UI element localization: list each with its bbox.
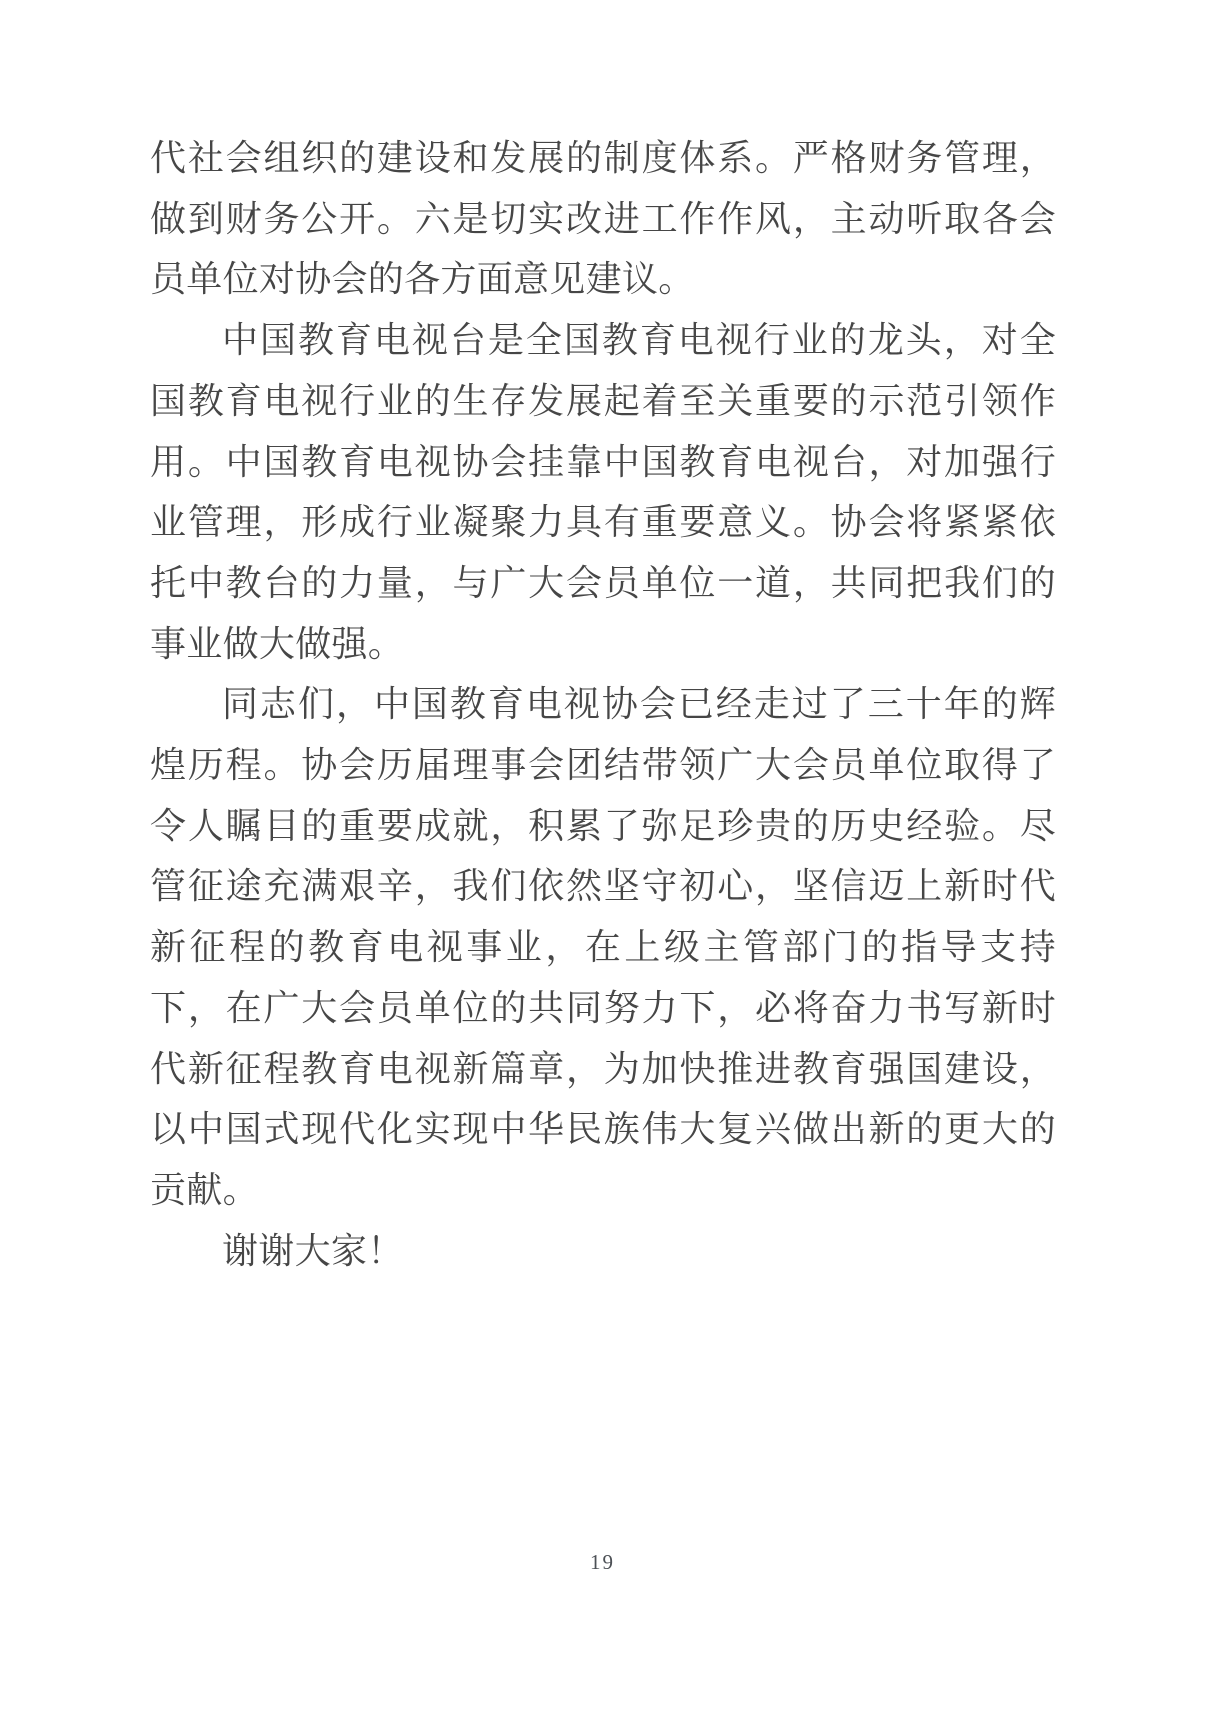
paragraph-thanks: 谢谢大家！: [150, 1221, 1056, 1282]
paragraph-closing-remarks: 同志们，中国教育电视协会已经走过了三十年的辉煌历程。协会历届理事会团结带领广大会…: [150, 674, 1056, 1220]
document-page: 代社会组织的建设和发展的制度体系。严格财务管理，做到财务公开。六是切实改进工作作…: [0, 0, 1205, 1718]
paragraph-continuation: 代社会组织的建设和发展的制度体系。严格财务管理，做到财务公开。六是切实改进工作作…: [150, 128, 1056, 310]
page-number: 19: [0, 1550, 1205, 1575]
paragraph-cetv-role: 中国教育电视台是全国教育电视行业的龙头，对全国教育电视行业的生存发展起着至关重要…: [150, 310, 1056, 674]
document-body: 代社会组织的建设和发展的制度体系。严格财务管理，做到财务公开。六是切实改进工作作…: [150, 128, 1056, 1281]
